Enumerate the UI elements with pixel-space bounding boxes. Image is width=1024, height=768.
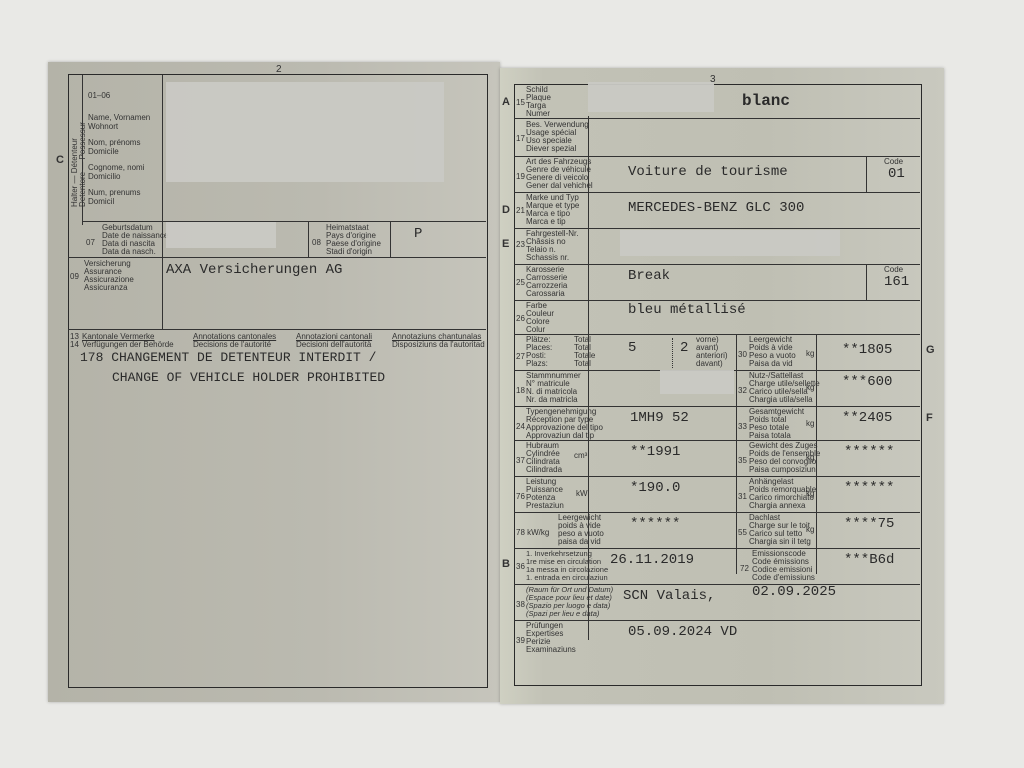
field-31-code: 31 xyxy=(738,492,747,501)
type-approval-value: 1MH9 52 xyxy=(630,410,689,426)
power-weight-ratio-value: ****** xyxy=(630,516,680,532)
field-35-unit: kg xyxy=(806,454,814,463)
seats-front-value: 2 xyxy=(680,340,688,356)
section-letter-f: F xyxy=(926,412,933,424)
registration-number-redacted xyxy=(660,370,734,394)
total-weight-value: **2405 xyxy=(842,410,892,426)
field-32-label-rm: Chargia utila/sella xyxy=(749,396,813,405)
field-36-label-rm: 1. entrada en circulaziun xyxy=(526,574,608,583)
section-letter-g: G xyxy=(926,344,935,356)
field-01-06-code: 01–06 xyxy=(88,92,110,101)
divider xyxy=(514,440,920,441)
field-25-code: 25 xyxy=(516,278,525,287)
emission-code-value: ***B6d xyxy=(844,552,894,568)
field-25-label-rm: Carossaria xyxy=(526,290,565,299)
field-14-label-de: Verfügungen der Behörde xyxy=(82,341,174,350)
divider xyxy=(866,264,867,300)
divider xyxy=(514,264,920,265)
field-27-total-label: Total xyxy=(574,360,591,369)
field-76-code: 76 xyxy=(516,492,525,501)
field-78-code: 78 kW/kg xyxy=(516,528,549,537)
divider xyxy=(68,257,486,258)
field-21-label-rm: Marca e tip xyxy=(526,218,566,227)
divider xyxy=(866,156,867,192)
body-type-code: 161 xyxy=(884,274,909,290)
field-14-label-rm: Disposiziuns da l'autoritad xyxy=(392,341,485,350)
field-08-code: 08 xyxy=(312,238,321,247)
plate-color-value: blanc xyxy=(742,92,790,110)
field-09-code: 09 xyxy=(70,272,79,281)
field-31-label-rm: Chargia annexa xyxy=(749,502,805,511)
field-01-06-label-it: Cognome, nomi Domicilio xyxy=(88,164,160,181)
field-09-label-rm: Assicuranza xyxy=(84,284,128,293)
field-17-code: 17 xyxy=(516,134,525,143)
field-08-label-rm: Stadi d'origin xyxy=(326,248,372,257)
section-letter-a: A xyxy=(502,96,510,108)
empty-weight-value: **1805 xyxy=(842,342,892,358)
field-17-label-rm: Diever spezial xyxy=(526,145,576,154)
divider xyxy=(308,221,309,257)
field-19-code: 19 xyxy=(516,172,525,181)
field-32-code: 32 xyxy=(738,386,747,395)
field-72-label-rm: Code d'emissiuns xyxy=(752,574,815,583)
insurance-value: AXA Versicherungen AG xyxy=(166,262,342,278)
field-38-code: 38 xyxy=(516,600,525,609)
field-27-code: 27 xyxy=(516,352,525,361)
field-19-label-rm: Gener dal vehichel xyxy=(526,182,593,191)
field-55-label-rm: Chargia sin il tetg xyxy=(749,538,811,547)
field-76-unit: kW xyxy=(576,490,588,499)
field-37-label-rm: Cilindrada xyxy=(526,466,562,475)
power-value: *190.0 xyxy=(630,480,680,496)
annotation-line-2: CHANGE OF VEHICLE HOLDER PROHIBITED xyxy=(112,370,385,385)
field-14-code: 14 xyxy=(70,340,79,349)
inspection-value: 05.09.2024 VD xyxy=(628,624,737,640)
divider xyxy=(514,620,920,621)
field-23-code: 23 xyxy=(516,240,525,249)
field-31-unit: kg xyxy=(806,490,814,499)
field-14-label-it: Decisioni dell'autorità xyxy=(296,341,371,350)
field-33-code: 33 xyxy=(738,422,747,431)
seats-total-value: 5 xyxy=(628,340,636,356)
field-37-unit: cm³ xyxy=(574,452,587,461)
issue-date-value: 02.09.2025 xyxy=(752,584,836,600)
field-18-code: 18 xyxy=(516,386,525,395)
holder-vertical-label-2: Detentore — Possessur xyxy=(78,122,87,207)
field-27-front-label: davant) xyxy=(696,360,723,369)
field-72-code: 72 xyxy=(740,564,749,573)
make-model-value: MERCEDES-BENZ GLC 300 xyxy=(628,200,804,216)
first-registration-date: 26.11.2019 xyxy=(610,552,694,568)
field-55-unit: kg xyxy=(806,526,814,535)
field-07-code: 07 xyxy=(86,238,95,247)
field-23-label-rm: Schassis nr. xyxy=(526,254,569,263)
train-weight-value: ****** xyxy=(844,444,894,460)
displacement-value: **1991 xyxy=(630,444,680,460)
field-36-code: 36 xyxy=(516,562,525,571)
field-01-06-label-rm: Num, prenums Domicil xyxy=(88,189,160,206)
field-30-unit: kg xyxy=(806,350,814,359)
towing-load-value: ****** xyxy=(844,480,894,496)
field-32-unit: kg xyxy=(806,384,814,393)
issue-place-value: SCN Valais, xyxy=(623,588,715,604)
right-page: 3 A 15 Schild Plaque Targa Numer blanc 1… xyxy=(500,68,944,704)
field-15-code: 15 xyxy=(516,98,525,107)
field-24-code: 24 xyxy=(516,422,525,431)
section-letter-c: C xyxy=(56,154,64,166)
roof-load-value: ****75 xyxy=(844,516,894,532)
field-27-label-rm: Plazs: xyxy=(526,360,548,369)
divider xyxy=(390,221,391,257)
divider xyxy=(514,300,920,301)
vehicle-type-code: 01 xyxy=(888,166,905,182)
field-76-label-rm: Prestaziun xyxy=(526,502,564,511)
field-39-label-rm: Examinaziuns xyxy=(526,646,576,655)
field-37-code: 37 xyxy=(516,456,525,465)
holder-name-redacted xyxy=(166,82,444,182)
field-01-06-label-de: Name, Vornamen Wohnort xyxy=(88,114,160,131)
field-14-label-fr: Decisions de l'autorité xyxy=(193,341,271,350)
birthdate-redacted xyxy=(166,222,276,248)
section-letter-b: B xyxy=(502,558,510,570)
field-01-06-label-fr: Nom, prénoms Domicile xyxy=(88,139,160,156)
field-18-label-rm: Nr. da matricla xyxy=(526,396,578,405)
divider xyxy=(162,75,163,329)
country-of-origin-value: P xyxy=(414,226,422,242)
left-page: 2 C Halter — Détenteur Detentore — Posse… xyxy=(48,62,500,702)
field-30-label-rm: Paisa da vid xyxy=(749,360,793,369)
field-78-label-rm: paisa da vid xyxy=(558,538,601,547)
section-letter-d: D xyxy=(502,204,510,216)
payload-value: ***600 xyxy=(842,374,892,390)
field-21-code: 21 xyxy=(516,206,525,215)
field-07-label-rm: Data da nasch. xyxy=(102,248,156,257)
body-type-value: Break xyxy=(628,268,670,284)
section-letter-e: E xyxy=(502,238,509,250)
field-39-code: 39 xyxy=(516,636,525,645)
divider xyxy=(514,118,920,119)
divider xyxy=(68,329,486,330)
divider xyxy=(82,221,486,222)
annotation-line-1: 178 CHANGEMENT DE DETENTEUR INTERDIT / xyxy=(80,350,376,365)
chassis-number-redacted xyxy=(620,230,840,256)
field-26-code: 26 xyxy=(516,314,525,323)
color-value: bleu métallisé xyxy=(628,302,746,318)
field-55-code: 55 xyxy=(738,528,747,537)
field-35-code: 35 xyxy=(738,456,747,465)
divider xyxy=(672,338,673,368)
field-33-unit: kg xyxy=(806,420,814,429)
plate-number-redacted xyxy=(588,82,714,112)
field-38-label-rm: (Spazi per lieu e data) xyxy=(526,610,599,619)
vehicle-type-value: Voiture de tourisme xyxy=(628,164,788,180)
field-30-code: 30 xyxy=(738,350,747,359)
divider xyxy=(514,476,920,477)
field-35-label-rm: Paisa cumposiziun xyxy=(749,466,816,475)
